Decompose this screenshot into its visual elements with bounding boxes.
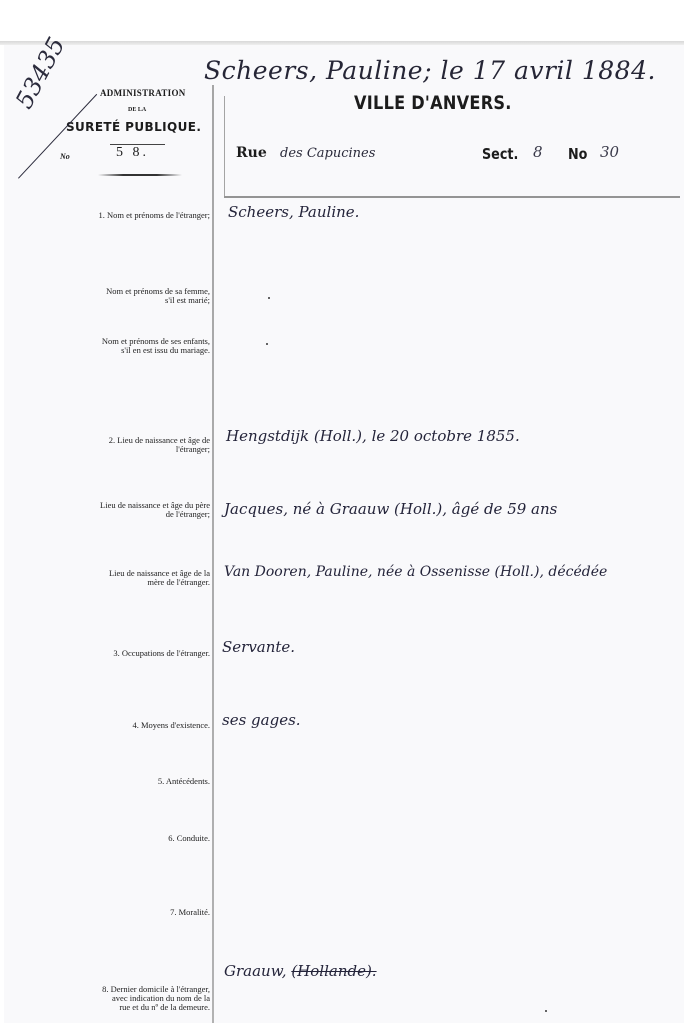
field-value-moyens: ses gages. [222, 711, 301, 729]
blank-mark [545, 1010, 547, 1012]
header-box-left-border [224, 96, 225, 196]
header-box-bottom-rule [224, 196, 680, 198]
number-value: 5 8. [116, 145, 149, 161]
dernier-domicile-city: Graauw, [224, 962, 287, 980]
field-value-naissance: Hengstdijk (Holl.), le 20 octobre 1855. [226, 427, 520, 445]
field-label-naissance: 2. Lieu de naissance et âge de l'étrange… [109, 436, 210, 454]
de-la-heading: DE LA [128, 107, 146, 113]
field-label-moyens: 4. Moyens d'existence. [132, 721, 210, 730]
dernier-domicile-struck-country: (Hollande). [291, 962, 376, 980]
house-number-label: No [568, 145, 587, 163]
house-number-value: 30 [600, 143, 619, 161]
blank-mark [268, 297, 270, 299]
field-label-femme: Nom et prénoms de sa femme, s'il est mar… [106, 287, 210, 305]
number-label: No [60, 152, 70, 161]
field-label-occupations: 3. Occupations de l'étranger. [113, 649, 210, 658]
surete-publique-heading: SURETÉ PUBLIQUE. [66, 120, 201, 134]
column-divider [212, 85, 214, 1023]
field-label-antecedents: 5. Antécédents. [158, 777, 210, 786]
section-value: 8 [533, 143, 543, 161]
field-label-enfants: Nom et prénoms de ses enfants, s'il en e… [102, 337, 210, 355]
field-value-pere: Jacques, né à Graauw (Holl.), âgé de 59 … [224, 500, 557, 518]
field-value-dernier-domicile: Graauw, (Hollande). [224, 962, 377, 980]
handwritten-heading: Scheers, Pauline; le 17 avril 1884. [204, 56, 656, 85]
field-label-conduite: 6. Conduite. [168, 834, 210, 843]
street-value: des Capucines [280, 146, 375, 161]
administration-heading: ADMINISTRATION [100, 88, 186, 98]
field-label-nom: 1. Nom et prénoms de l'étranger; [98, 211, 210, 220]
blank-mark [266, 343, 268, 345]
field-label-dernier-domicile: 8. Dernier domicile à l'étranger, avec i… [102, 985, 210, 1012]
field-value-mere: Van Dooren, Pauline, née à Ossenisse (Ho… [224, 564, 607, 580]
field-value-occupations: Servante. [222, 638, 295, 656]
field-label-moralite: 7. Moralité. [170, 908, 210, 917]
section-label: Sect. [482, 145, 518, 163]
registration-form-sheet [4, 45, 684, 1023]
field-label-mere: Lieu de naissance et âge de la mère de l… [109, 569, 210, 587]
scan-margin [0, 0, 684, 42]
ornamental-flourish [98, 174, 182, 176]
field-label-pere: Lieu de naissance et âge du père de l'ét… [100, 501, 210, 519]
city-title: VILLE D'ANVERS. [354, 92, 512, 114]
street-label: Rue [236, 145, 267, 161]
field-value-nom: Scheers, Pauline. [228, 203, 359, 221]
